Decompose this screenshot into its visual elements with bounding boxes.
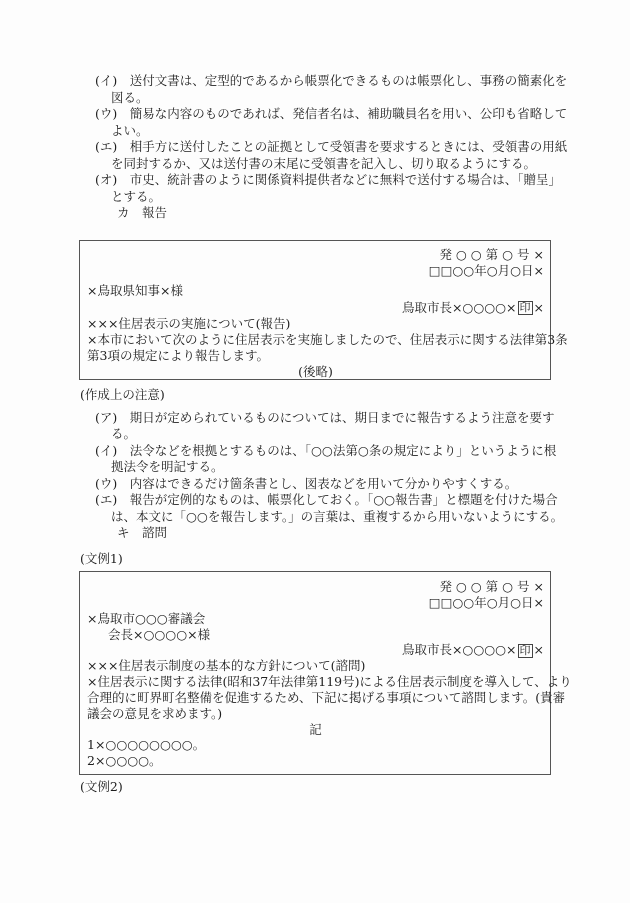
shimon-record-heading: 記 — [87, 722, 544, 738]
shimon-subject: ×××住居表示制度の基本的な方針について(諮問) — [87, 658, 544, 674]
drafting-item-a-line2: る。 — [111, 426, 630, 443]
drafting-item-i-line1: (イ) 法令などを根拠とするものは、「○○法第○条の規定により」というように根 — [95, 443, 630, 460]
drafting-item-a-line1: (ア) 期日が定められているものについては、期日までに報告するよう注意を要す — [95, 410, 630, 427]
shimon-sender-suffix: × — [534, 642, 544, 657]
report-body-line2: 第3項の規定により報告します。 — [87, 348, 544, 364]
note-item-i-line1: (イ) 送付文書は、定型的であるから帳票化できるものは帳票化し、事務の簡素化を — [95, 73, 630, 90]
shimon-list-item-2: 2×○○○○。 — [87, 753, 544, 769]
note-item-e-line2: を同封するか、又は送付書の末尾に受領書を記入し、切り取るようにする。 — [111, 156, 630, 173]
shimon-date: □□○○年○月○日× — [87, 595, 544, 611]
drafting-item-e-line1: (エ) 報告が定例的なものは、帳票化しておく。「○○報告書」と標題を付けた場合 — [95, 492, 630, 509]
shimon-list-item-1: 1×○○○○○○○○。 — [87, 737, 544, 753]
bunrei2-label: (文例2) — [80, 779, 630, 796]
note-item-u-line2: よい。 — [111, 123, 630, 140]
drafting-notes-heading: (作成上の注意) — [80, 387, 630, 404]
report-sender-name: 鳥取市長×○○○○× — [402, 300, 517, 315]
shimon-recipient-chair: 会長×○○○○×様 — [108, 627, 544, 643]
shimon-body-line2: 合理的に町界町名整備を促進するため、下記に掲げる事項について諮問します。(貴審 — [87, 690, 544, 706]
shimon-sender-name: 鳥取市長×○○○○× — [402, 642, 517, 657]
drafting-item-i-line2: 拠法令を明記する。 — [111, 459, 630, 476]
shimon-body-line3: 議会の意見を求めます。) — [87, 706, 544, 722]
shimon-recipient-org: ×鳥取市○○○審議会 — [87, 611, 544, 627]
report-recipient: ×鳥取県知事×様 — [87, 283, 544, 299]
report-omission-note: (後略) — [87, 364, 544, 380]
note-item-u-line1: (ウ) 簡易な内容のものであれば、発信者名は、補助職員名を用い、公印も省略して — [95, 106, 630, 123]
heading-ka-houkoku: カ 報告 — [117, 205, 630, 222]
note-item-i-line2: 図る。 — [111, 90, 630, 107]
bunrei1-label: (文例1) — [80, 551, 630, 568]
document-page: (イ) 送付文書は、定型的であるから帳票化できるものは帳票化し、事務の簡素化を … — [0, 0, 630, 903]
seal-stamp-icon: 印 — [518, 301, 533, 315]
shimon-body-line1: ×住居表示に関する法律(昭和37年法律第119号)による住居表示制度を導入して、… — [87, 674, 544, 690]
shimon-doc-number: 発 ○ ○ 第 ○ 号 × — [87, 579, 544, 595]
heading-ki-shimon: キ 諮問 — [117, 525, 630, 542]
report-doc-number: 発 ○ ○ 第 ○ 号 × — [87, 247, 544, 263]
drafting-item-e-line2: は、本文に「○○を報告します。」の言葉は、重複するから用いないようにする。 — [111, 509, 630, 526]
section-bunrei2: (文例2) — [0, 779, 630, 796]
drafting-item-u-line1: (ウ) 内容はできるだけ箇条書とし、図表などを用いて分かりやすくする。 — [95, 476, 630, 493]
shimon-sender-line: 鳥取市長×○○○○×印× — [87, 642, 544, 658]
note-item-e-line1: (エ) 相手方に送付したことの証拠として受領書を要求するときには、受領書の用紙 — [95, 139, 630, 156]
section-sofu-notes: (イ) 送付文書は、定型的であるから帳票化できるものは帳票化し、事務の簡素化を … — [0, 73, 630, 222]
sample-letter-report-box: 発 ○ ○ 第 ○ 号 × □□○○年○月○日× ×鳥取県知事×様 鳥取市長×○… — [79, 240, 551, 380]
report-sender-line: 鳥取市長×○○○○×印× — [87, 300, 544, 316]
report-body-line1: ×本市において次のように住居表示を実施しましたので、住居表示に関する法律第3条 — [87, 332, 544, 348]
section-drafting-notes: (作成上の注意) (ア) 期日が定められているものについては、期日までに報告する… — [0, 387, 630, 567]
report-sender-suffix: × — [534, 300, 544, 315]
report-subject: ×××住居表示の実施について(報告) — [87, 316, 544, 332]
note-item-o-line1: (オ) 市史、統計書のように関係資料提供者などに無料で送付する場合は、「贈呈」 — [95, 172, 630, 189]
report-date: □□○○年○月○日× — [87, 263, 544, 279]
seal-stamp-icon: 印 — [518, 644, 533, 658]
note-item-o-line2: とする。 — [111, 189, 630, 206]
sample-letter-shimon-box: 発 ○ ○ 第 ○ 号 × □□○○年○月○日× ×鳥取市○○○審議会 会長×○… — [79, 571, 551, 775]
